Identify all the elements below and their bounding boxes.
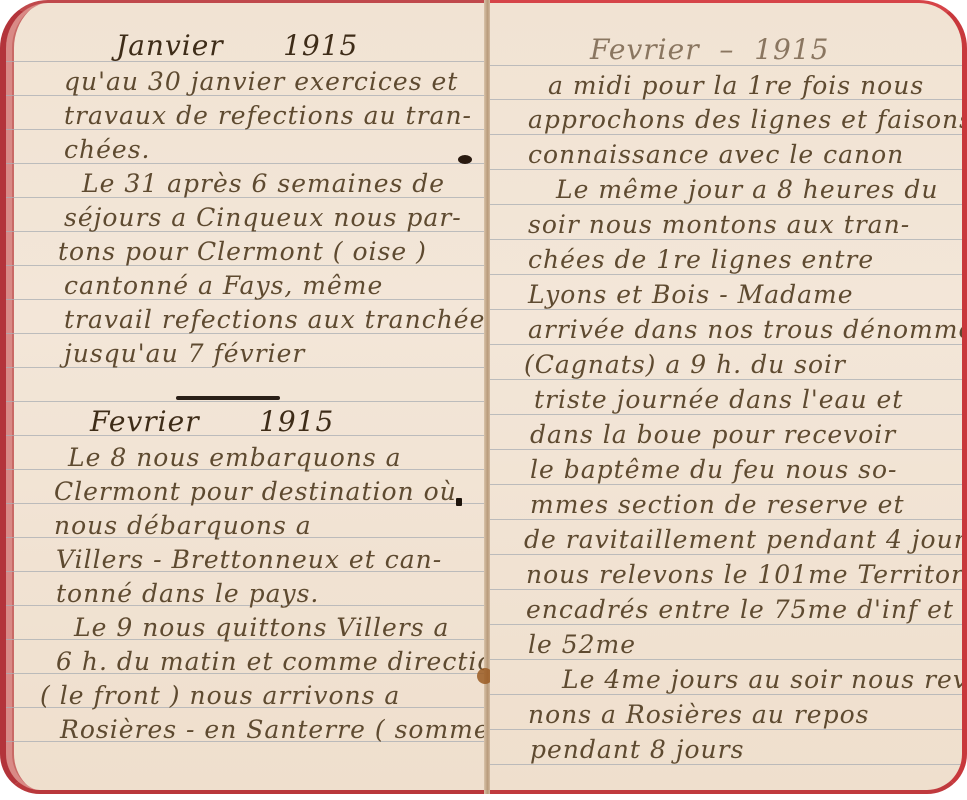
text-line: arrivée dans nos trous dénommé [528,315,967,344]
heading-year: 1915 [754,33,829,66]
ruled-line [490,134,962,135]
left-page: Janvier 1915 qu'au 30 janvier exercices … [0,0,488,794]
ruled-line [490,694,962,695]
entry-heading-fevrier: Fevrier – 1915 [590,33,829,66]
ink-blot [458,155,472,164]
text-line: jusqu'au 7 février [64,339,305,368]
text-line: encadrés entre le 75me d'inf et [526,595,954,624]
text-line: Le 31 après 6 semaines de [82,169,445,198]
ink-blot [456,498,462,506]
ruled-line [490,729,962,730]
heading-year: 1915 [283,29,358,62]
entry-heading-janvier: Janvier 1915 [116,29,358,62]
open-notebook: Janvier 1915 qu'au 30 janvier exercices … [0,0,967,796]
text-line: tonné dans le pays. [56,579,319,608]
text-line: Le 4me jours au soir nous reve- [562,665,967,694]
ruled-line [490,309,962,310]
text-line: qu'au 30 janvier exercices et [64,67,458,96]
ruled-line [490,379,962,380]
text-line: le 52me [528,630,636,659]
text-line: mmes section de reserve et [530,490,905,519]
text-line: Le 8 nous embarquons a [68,443,402,472]
ruled-line [490,624,962,625]
text-line: (Cagnats) a 9 h. du soir [524,350,846,379]
heading-month: Janvier [116,29,224,62]
text-line: travaux de refections au tran- [64,101,472,130]
text-line: dans la boue pour recevoir [530,420,896,449]
entry-heading-fevrier: Fevrier 1915 [90,405,334,438]
ruled-line [490,169,962,170]
right-page: Fevrier – 1915 a midi pour la 1re fois n… [490,0,967,794]
ruled-line [490,659,962,660]
text-line: tons pour Clermont ( oise ) [58,237,427,266]
ruled-line [490,274,962,275]
text-line: chées. [64,135,150,164]
ruled-line [490,554,962,555]
text-line: séjours a Cinqueux nous par- [64,203,462,232]
heading-year: 1915 [259,405,334,438]
ruled-line [6,401,488,402]
ruled-line [490,589,962,590]
text-line: travail refections aux tranchées [64,305,488,334]
text-line: Le 9 nous quittons Villers a [74,613,449,642]
text-line: ( le front ) nous arrivons a [40,681,400,710]
text-line: 6 h. du matin et comme direction [56,647,488,676]
ruled-line [490,484,962,485]
text-line: approchons des lignes et faisons [528,105,967,134]
text-line: triste journée dans l'eau et [534,385,903,414]
text-line: connaissance avec le canon [528,140,904,169]
section-divider [176,396,280,400]
text-line: soir nous montons aux tran- [528,210,910,239]
text-line: de ravitaillement pendant 4 jours [524,525,967,554]
ruled-line [490,344,962,345]
text-line: Villers - Brettonneux et can- [56,545,442,574]
text-line: Rosières - en Santerre ( somme ) [60,715,488,744]
ruled-line [490,764,962,765]
ruled-line [490,204,962,205]
ruled-line [490,414,962,415]
ruled-line [490,449,962,450]
text-line: Lyons et Bois - Madame [528,280,854,309]
heading-month: Fevrier [90,405,200,438]
text-line: chées de 1re lignes entre [528,245,874,274]
text-line: le baptême du feu nous so- [530,455,897,484]
text-line: nons a Rosières au repos [528,700,869,729]
text-line: nous débarquons a [54,511,312,540]
text-line: pendant 8 jours [530,735,744,764]
ruled-line [490,519,962,520]
ruled-line [490,239,962,240]
text-line: Le même jour a 8 heures du [556,175,938,204]
text-line: a midi pour la 1re fois nous [548,71,924,100]
heading-month: Fevrier [590,33,700,66]
text-line: Clermont pour destination où [54,477,457,506]
text-line: cantonné a Fays, même [64,271,383,300]
text-line: nous relevons le 101me Territorial [526,560,967,589]
